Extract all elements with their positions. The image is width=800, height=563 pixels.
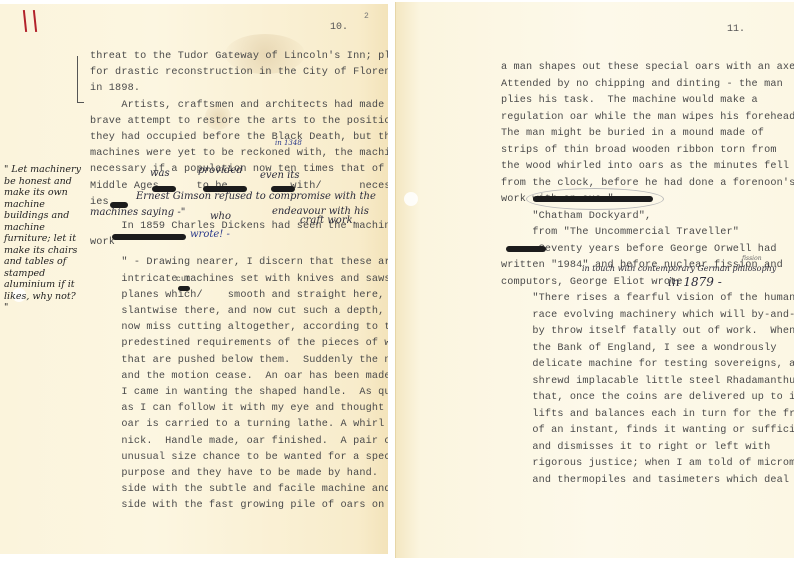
handwritten-insertion: Ernest Gimson refused to compromise with… bbox=[136, 191, 376, 202]
page-number: 11. bbox=[727, 24, 745, 35]
handwritten-insertion: in 1348 bbox=[275, 139, 302, 147]
typed-insertion: cut bbox=[176, 275, 191, 284]
typed-line: unusual size chance to be wanted for a s… bbox=[90, 452, 388, 463]
typed-line: slantwise there, and now cut such a dept… bbox=[90, 306, 388, 317]
typed-line: shrewd implacable little steel Rhadamant… bbox=[501, 376, 794, 387]
strikeout bbox=[178, 286, 190, 291]
punch-hole bbox=[404, 192, 418, 206]
handwritten-insertion: fission bbox=[742, 255, 762, 262]
typed-line: rigorous justice; when I am told of micr… bbox=[501, 458, 794, 469]
handwritten-insertion: provided bbox=[198, 165, 243, 176]
typed-line: and the motion cease. An oar has been ma… bbox=[90, 371, 388, 382]
red-margin-mark bbox=[23, 10, 27, 32]
typed-line: delicate machine for testing sovereigns,… bbox=[501, 359, 794, 370]
typed-line: machines were yet to be reckoned with, t… bbox=[90, 148, 388, 159]
typed-line: Artists, craftsmen and architects had ma… bbox=[90, 100, 388, 111]
strikeout bbox=[112, 234, 186, 240]
handwritten-insertion: who bbox=[210, 211, 231, 222]
manuscript-page-11: 11. a man shapes out these special oars … bbox=[395, 2, 794, 558]
typed-line: for drastic reconstruction in the City o… bbox=[90, 67, 388, 78]
typed-line: from the clock, before he had done a for… bbox=[501, 178, 794, 189]
typed-line: in 1898. bbox=[90, 83, 140, 94]
typed-line: "There rises a fearful vision of the hum… bbox=[501, 293, 794, 304]
typed-line: I came in wanting the shaped handle. As … bbox=[90, 387, 388, 398]
typed-line: computors, George Eliot wrote bbox=[501, 277, 683, 288]
typed-line: nick. Handle made, oar finished. A pair … bbox=[90, 436, 388, 447]
typed-line: predestined requirements of the pieces o… bbox=[90, 338, 388, 349]
typed-line: threat to the Tudor Gateway of Lincoln's… bbox=[90, 51, 388, 62]
handwritten-insertion: machines saying -" bbox=[90, 207, 185, 218]
typed-line: as I can follow it with my eye and thoug… bbox=[90, 403, 388, 414]
handwritten-insertion: craft work. bbox=[300, 215, 356, 226]
typed-line: now miss cutting altogether, according t… bbox=[90, 322, 388, 333]
typed-line: race evolving machinery which will by-an… bbox=[501, 310, 794, 321]
edit-bracket bbox=[77, 56, 84, 103]
circled-deletion bbox=[526, 188, 664, 210]
handwritten-insertion: was bbox=[150, 168, 170, 179]
typed-line: a man shapes out these special oars with… bbox=[501, 62, 794, 73]
handwritten-insertion: even its bbox=[260, 170, 299, 181]
typed-line: the Bank of England, I see a wondrously bbox=[501, 343, 777, 354]
handwritten-insertion: in 1879 - bbox=[668, 275, 722, 289]
typed-line: the wood whirled into oars as the minute… bbox=[501, 161, 789, 172]
corner-mark: 2 bbox=[364, 12, 369, 21]
handwritten-margin-note: " Let machinery be honest and make its o… bbox=[4, 164, 82, 314]
typed-line: purpose and they have to be made by hand… bbox=[90, 468, 388, 479]
typed-line: brave attempt to restore the arts to the… bbox=[90, 116, 388, 127]
typed-line: planes which/ smooth and straight here, … bbox=[90, 290, 388, 301]
typed-line: intricate machines set with knives and s… bbox=[90, 274, 388, 285]
typed-line: " - Drawing nearer, I discern that these… bbox=[90, 257, 388, 268]
typed-line: work bbox=[90, 237, 115, 248]
typed-line: they had occupied before the Black Death… bbox=[90, 132, 388, 143]
typed-line: from "The Uncommercial Traveller" bbox=[501, 227, 739, 238]
typed-line: "Chatham Dockyard", bbox=[501, 211, 651, 222]
typed-line: plies his task. The machine would make a bbox=[501, 95, 758, 106]
typed-line: side with the subtle and facile machine … bbox=[90, 484, 388, 495]
typed-line: Attended by no chipping and dinting - th… bbox=[501, 79, 783, 90]
handwritten-insertion: in touch with contemporary German philos… bbox=[582, 264, 776, 273]
typed-line: that, once the coins are delivered up to… bbox=[501, 392, 794, 403]
typed-line: by throw itself fatally out of work. Whe… bbox=[501, 326, 794, 337]
typed-line: The man might be buried in a mound made … bbox=[501, 128, 764, 139]
typed-line: and dismisses it to right or left with bbox=[501, 442, 770, 453]
handwritten-insertion: wrote! - bbox=[190, 229, 230, 240]
typed-line: of an instant, finds it wanting or suffi… bbox=[501, 425, 794, 436]
strikeout bbox=[506, 246, 546, 252]
page-number: 10. bbox=[330, 22, 348, 33]
typed-line: strips of thin broad wooden ribbon torn … bbox=[501, 145, 777, 156]
manuscript-page-10: 10. 2 threat to the Tudor Gateway of Lin… bbox=[0, 4, 388, 554]
typed-line: oar is carried to a turning lathe. A whi… bbox=[90, 419, 388, 430]
typed-line: and thermopiles and tasimeters which dea… bbox=[501, 475, 789, 486]
typed-line: lifts and balances each in turn for the … bbox=[501, 409, 794, 420]
typed-line: that are pushed below them. Suddenly the… bbox=[90, 355, 388, 366]
typed-line: side with the fast growing pile of oars … bbox=[90, 500, 388, 511]
typed-line: regulation oar while the man wipes his f… bbox=[501, 112, 794, 123]
red-margin-mark bbox=[33, 10, 37, 32]
